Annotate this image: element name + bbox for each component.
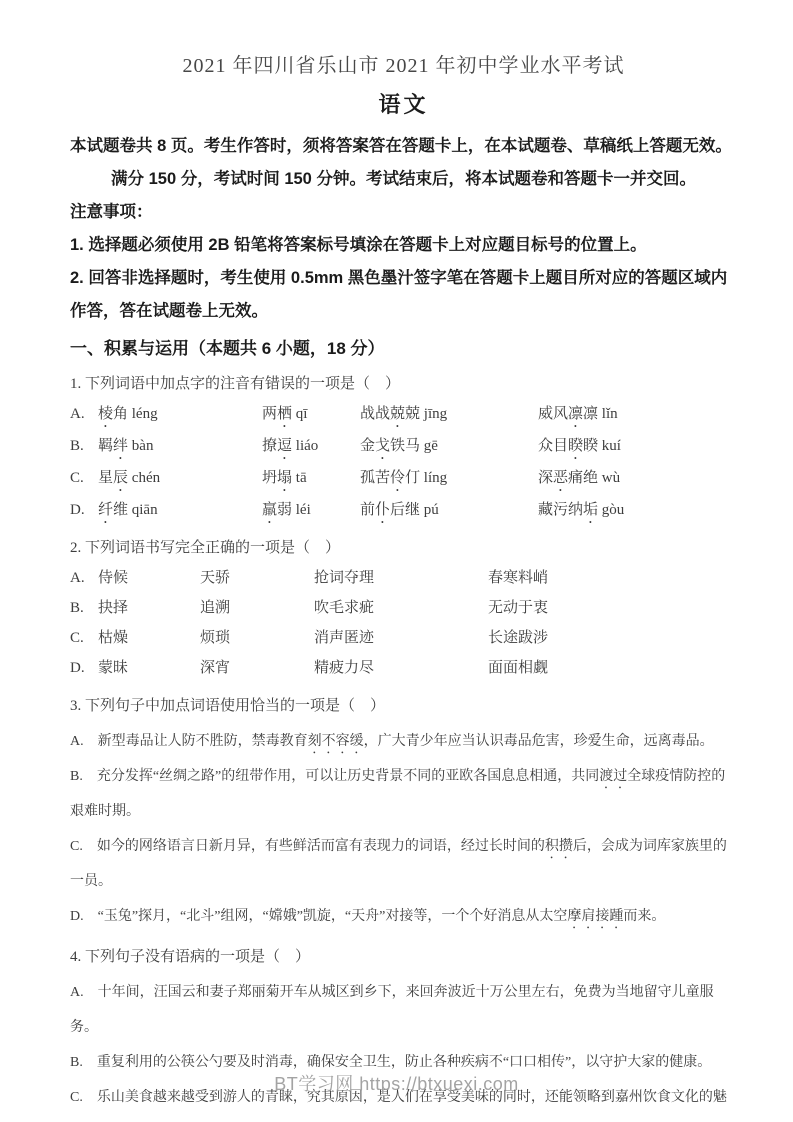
option-label: D. <box>70 909 84 924</box>
option-word: 战战兢兢 jīng <box>360 399 538 431</box>
question-2-option-d: D. 蒙昧 深宵 精疲力尽 面面相觑 <box>70 653 737 683</box>
option-word: 藏污纳垢 gòu <box>538 495 737 527</box>
option-word: 精疲力尽 <box>314 653 488 683</box>
option-label: B. <box>70 1055 83 1070</box>
question-1-option-b: B. 羁绊 bàn 撩逗 liáo 金戈铁马 gē 众目睽睽 kuí <box>70 431 737 463</box>
section-heading: 一、积累与运用（本题共 6 小题，18 分） <box>70 332 737 365</box>
option-word: 侍候 <box>98 563 200 593</box>
option-word: 羁绊 bàn <box>98 431 262 463</box>
option-label: D. <box>70 653 98 683</box>
option-word: 棱角 léng <box>98 399 262 431</box>
option-text: 新型毒品让人防不胜防，禁毒教育刻不容缓，广大青少年应当认识毒品危害，珍爱生命，远… <box>98 734 714 749</box>
question-4-option-a: A.十年间，汪国云和妻子郑丽菊开车从城区到乡下，来回奔波近十万公里左右，免费为当… <box>70 975 737 1045</box>
question-3-option-a: A.新型毒品让人防不胜防，禁毒教育刻不容缓，广大青少年应当认识毒品危害，珍爱生命… <box>70 724 737 759</box>
option-label: A. <box>70 399 98 431</box>
option-word: 两栖 qī <box>262 399 360 431</box>
question-2-stem: 2. 下列词语书写完全正确的一项是（ ） <box>70 533 737 563</box>
question-3-option-c: C.如今的网络语言日新月异，有些鲜活而富有表现力的词语，经过长时间的积攒后，会成… <box>70 829 737 899</box>
option-word: 羸弱 léi <box>262 495 360 527</box>
question-3: 3. 下列句子中加点词语使用恰当的一项是（ ） A.新型毒品让人防不胜防，禁毒教… <box>70 689 737 934</box>
option-word: 坍塌 tā <box>262 463 360 495</box>
option-word: 金戈铁马 gē <box>360 431 538 463</box>
notice-heading: 注意事项： <box>70 196 737 229</box>
option-word: 春寒料峭 <box>488 563 737 593</box>
option-label: A. <box>70 563 98 593</box>
option-word: 长途跋涉 <box>488 623 737 653</box>
option-word: 面面相觑 <box>488 653 737 683</box>
option-word: 前仆后继 pú <box>360 495 538 527</box>
option-word: 抢词夺理 <box>314 563 488 593</box>
option-label: C. <box>70 463 98 495</box>
option-word: 消声匿迹 <box>314 623 488 653</box>
question-1-stem: 1. 下列词语中加点字的注音有错误的一项是（ ） <box>70 369 737 399</box>
option-word: 枯燥 <box>98 623 200 653</box>
option-word: 深宵 <box>200 653 314 683</box>
question-3-option-b: B.充分发挥“丝绸之路”的纽带作用，可以让历史背景不同的亚欧各国息息相通，共同渡… <box>70 759 737 829</box>
question-3-option-d: D.“玉兔”探月，“北斗”组网，“嫦娥”凯旋，“天舟”对接等，一个个好消息从太空… <box>70 899 737 934</box>
option-word: 星辰 chén <box>98 463 262 495</box>
option-label: A. <box>70 734 84 749</box>
question-2-option-a: A. 侍候 天骄 抢词夺理 春寒料峭 <box>70 563 737 593</box>
option-word: 深恶痛绝 wù <box>538 463 737 495</box>
notice-item-2: 2. 回答非选择题时，考生使用 0.5mm 黑色墨汁签字笔在答题卡上题目所对应的… <box>70 262 737 328</box>
question-2-option-b: B. 抉择 追溯 吹毛求疵 无动于衷 <box>70 593 737 623</box>
instruction-line-2: 满分 150 分，考试时间 150 分钟。考试结束后，将本试题卷和答题卡一并交回… <box>70 163 737 196</box>
option-word: 烦琐 <box>200 623 314 653</box>
option-text: 十年间，汪国云和妻子郑丽菊开车从城区到乡下，来回奔波近十万公里左右，免费为当地留… <box>70 985 714 1035</box>
exam-title: 2021 年四川省乐山市 2021 年初中学业水平考试 <box>70 52 737 80</box>
option-label: B. <box>70 431 98 463</box>
option-text: 如今的网络语言日新月异，有些鲜活而富有表现力的词语，经过长时间的积攒后，会成为词… <box>70 839 727 889</box>
document-page: 2021 年四川省乐山市 2021 年初中学业水平考试 语文 本试题卷共 8 页… <box>0 0 793 1115</box>
option-word: 威风凛凛 lǐn <box>538 399 737 431</box>
question-2: 2. 下列词语书写完全正确的一项是（ ） A. 侍候 天骄 抢词夺理 春寒料峭 … <box>70 533 737 683</box>
question-1: 1. 下列词语中加点字的注音有错误的一项是（ ） A. 棱角 léng 两栖 q… <box>70 369 737 527</box>
option-word: 抉择 <box>98 593 200 623</box>
question-1-option-c: C. 星辰 chén 坍塌 tā 孤苦伶仃 líng 深恶痛绝 wù <box>70 463 737 495</box>
option-text: 重复利用的公筷公勺要及时消毒，确保安全卫生，防止各种疾病不“口口相传”，以守护大… <box>97 1055 711 1070</box>
question-2-option-c: C. 枯燥 烦琐 消声匿迹 长途跋涉 <box>70 623 737 653</box>
option-word: 追溯 <box>200 593 314 623</box>
question-4-stem: 4. 下列句子没有语病的一项是（ ） <box>70 940 737 975</box>
option-label: A. <box>70 985 84 1000</box>
option-label: B. <box>70 593 98 623</box>
option-label: C. <box>70 839 83 854</box>
question-1-option-d: D. 纤维 qiān 羸弱 léi 前仆后继 pú 藏污纳垢 gòu <box>70 495 737 527</box>
option-label: B. <box>70 769 83 784</box>
option-word: 蒙昧 <box>98 653 200 683</box>
option-word: 天骄 <box>200 563 314 593</box>
option-word: 众目睽睽 kuí <box>538 431 737 463</box>
question-3-stem: 3. 下列句子中加点词语使用恰当的一项是（ ） <box>70 689 737 724</box>
exam-subject: 语文 <box>70 90 737 120</box>
question-1-option-a: A. 棱角 léng 两栖 qī 战战兢兢 jīng 威风凛凛 lǐn <box>70 399 737 431</box>
instruction-line-1: 本试题卷共 8 页。考生作答时，须将答案答在答题卡上，在本试题卷、草稿纸上答题无… <box>70 130 737 163</box>
option-label: D. <box>70 495 98 527</box>
watermark-footer: BT学习网 https://btxuexi.com <box>0 1070 793 1096</box>
option-word: 撩逗 liáo <box>262 431 360 463</box>
option-text: “玉兔”探月，“北斗”组网，“嫦娥”凯旋，“天舟”对接等，一个个好消息从太空摩肩… <box>98 909 666 924</box>
notice-item-1: 1. 选择题必须使用 2B 铅笔将答案标号填涂在答题卡上对应题目标号的位置上。 <box>70 229 737 262</box>
option-word: 纤维 qiān <box>98 495 262 527</box>
option-text: 充分发挥“丝绸之路”的纽带作用，可以让历史背景不同的亚欧各国息息相通，共同渡过全… <box>70 769 725 819</box>
option-word: 吹毛求疵 <box>314 593 488 623</box>
option-word: 孤苦伶仃 líng <box>360 463 538 495</box>
option-label: C. <box>70 623 98 653</box>
option-word: 无动于衷 <box>488 593 737 623</box>
